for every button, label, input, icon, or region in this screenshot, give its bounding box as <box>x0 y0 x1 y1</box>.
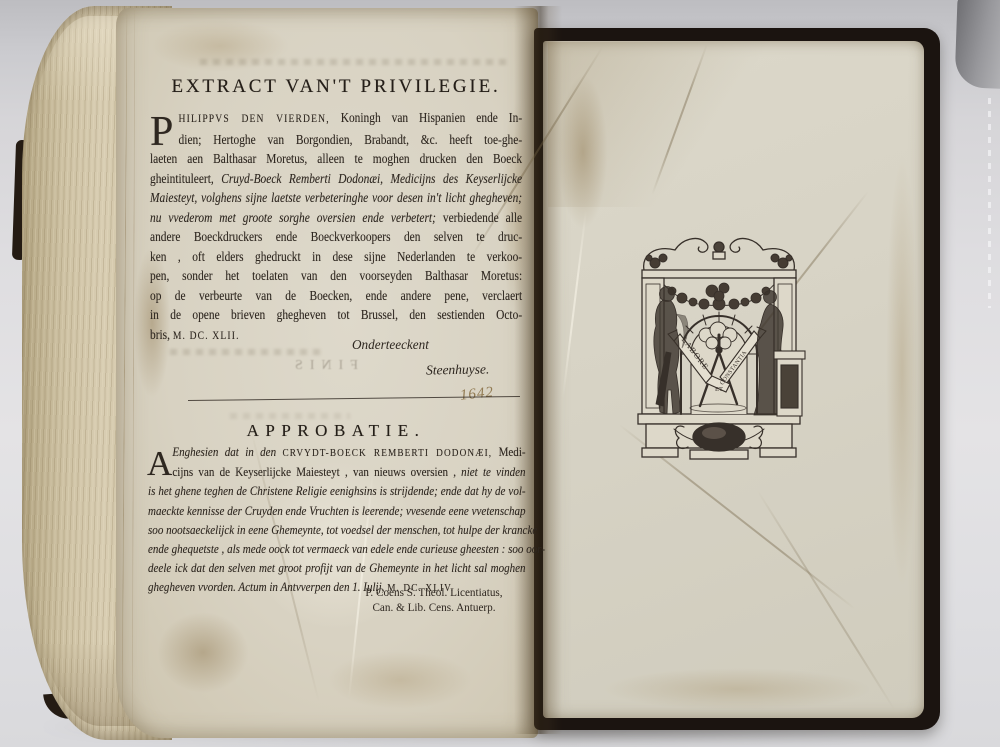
text-segment: Cruyd-Boeck Remberti Dodonæi, Medicijns … <box>221 171 522 186</box>
text-line: Maiesteyt, volghens sijne laetste verbet… <box>150 188 522 208</box>
photograph-open-antique-book: EXTRACT VAN'T PRIVILEGIE. P HILIPPVS DEN… <box>0 0 1000 747</box>
signature-name: Steenhuyse. <box>426 361 490 378</box>
text-segment: ken , oft elders ghedruckt in dese sijne… <box>150 249 522 264</box>
stain <box>125 10 315 82</box>
text-line: soo nootsaeckelijck in eene Ghemeynte, t… <box>148 521 526 540</box>
text-segment: cijns van de Keyserlijcke Maiesteyt , va… <box>172 465 461 479</box>
text-segment: nu vvederom met groote sorghe oversien e… <box>150 210 443 225</box>
stain <box>880 70 924 670</box>
approbatie-heading: APPROBATIE. <box>150 421 522 441</box>
finis-showthrough: FINIS <box>288 358 358 374</box>
text-segment: bris, <box>150 327 173 342</box>
censor-signature-block: P. Coens S. Theol. Licentiatus, Can. & L… <box>364 586 504 616</box>
page-title: EXTRACT VAN'T PRIVILEGIE. <box>150 76 522 98</box>
text-line: ken , oft elders ghedruckt in dese sijne… <box>150 247 522 267</box>
showthrough-smudge <box>200 59 510 65</box>
text-line: dien; Hertoghe van Borgondien, Brabandt,… <box>150 130 522 150</box>
showthrough-smudge <box>230 413 350 419</box>
text-line: bris, M. DC. XLII. <box>150 325 522 347</box>
motto-center-text: ET <box>715 386 723 393</box>
text-line: op de verbeurte van de Boecken, ende and… <box>150 286 522 306</box>
text-line: ende ghequetste , als mede oock tot verm… <box>148 540 526 559</box>
background-seam <box>988 98 991 308</box>
approbatie-paragraph: Enghesien dat in den CRVYDT-BOECK REMBER… <box>148 443 526 599</box>
pedestal <box>774 351 805 416</box>
text-segment: gheintituleert, <box>150 171 221 186</box>
text-segment: is het ghene teghen de Christene Religie… <box>148 484 526 498</box>
text-segment: pen, sonder het toelaten van den voorsey… <box>150 268 522 283</box>
censor-line: P. Coens S. Theol. Licentiatus, <box>364 586 504 601</box>
text-segment: ende ghequetste , als mede oock tot verm… <box>148 542 545 556</box>
text-segment: Koningh van Hispanien ende In- <box>330 110 522 125</box>
stain <box>300 640 500 720</box>
text-line: HILIPPVS DEN VIERDEN, Koningh van Hispan… <box>150 108 522 130</box>
text-segment: niet te vinden <box>461 465 525 479</box>
text-segment: maeckte kennisse der Cruyden ende Vrucht… <box>148 504 526 518</box>
text-line: laeten aen Balthasar Moretus, alleen te … <box>150 149 522 169</box>
text-line: gheintituleert, Cruyd-Boeck Remberti Dod… <box>150 169 522 189</box>
text-line: deele ick dat den selven met groot profi… <box>148 559 526 578</box>
stain <box>138 595 268 710</box>
text-line: Enghesien dat in den CRVYDT-BOECK REMBER… <box>148 443 526 463</box>
text-line: cijns van de Keyserlijcke Maiesteyt , va… <box>148 463 526 482</box>
text-line: in de opene brieven ghegheven tot Brusse… <box>150 305 522 325</box>
handwritten-year-note: 1642 <box>459 384 495 404</box>
text-segment: Medi- <box>492 445 525 459</box>
text-line: nu vvederom met groote sorghe oversien e… <box>150 208 522 228</box>
text-segment: HILIPPVS DEN VIERDEN, <box>179 113 330 125</box>
text-segment: Enghesien dat in den <box>172 445 282 459</box>
text-segment: Maiesteyt, volghens sijne laetste verbet… <box>150 190 522 205</box>
text-segment: ghegheven vvorden. Actum in Antvverpen d… <box>148 580 387 594</box>
text-segment: verbiedende alle <box>443 210 522 225</box>
text-segment: deele ick dat den selven met groot profi… <box>148 561 526 575</box>
text-segment: in de opene brieven ghegheven tot Brusse… <box>150 307 522 322</box>
text-segment: laeten aen Balthasar Moretus, alleen te … <box>150 151 522 166</box>
plantin-compass-engraving: LABORE CONSTANTIA ET <box>630 234 808 462</box>
stain <box>552 660 922 718</box>
showthrough-smudge <box>170 349 320 355</box>
printer-device-emblem: LABORE CONSTANTIA ET <box>630 234 808 462</box>
text-line: maeckte kennisse der Cruyden ende Vrucht… <box>148 502 526 521</box>
text-line: pen, sonder het toelaten van den voorsey… <box>150 266 522 286</box>
censor-line: Can. & Lib. Cens. Antuerp. <box>364 601 504 616</box>
text-segment: op de verbeurte van de Boecken, ende and… <box>150 288 522 303</box>
text-line: andere Boeckdruckers ende Boeckverkooper… <box>150 227 522 247</box>
text-segment: soo nootsaeckelijck in eene Ghemeynte, t… <box>148 523 537 537</box>
text-segment: M. DC. XLII. <box>173 330 240 342</box>
text-segment: andere Boeckdruckers ende Boeckverkooper… <box>150 229 522 244</box>
text-segment: CRVYDT-BOECK REMBERTI DODONÆI, <box>282 448 492 459</box>
privilege-paragraph: HILIPPVS DEN VIERDEN, Koningh van Hispan… <box>150 108 522 347</box>
text-segment: dien; Hertoghe van Borgondien, Brabandt,… <box>179 132 523 147</box>
text-line: is het ghene teghen de Christene Religie… <box>148 482 526 501</box>
subscription-label: Onderteeckent <box>352 337 429 353</box>
background-object <box>954 0 1000 89</box>
